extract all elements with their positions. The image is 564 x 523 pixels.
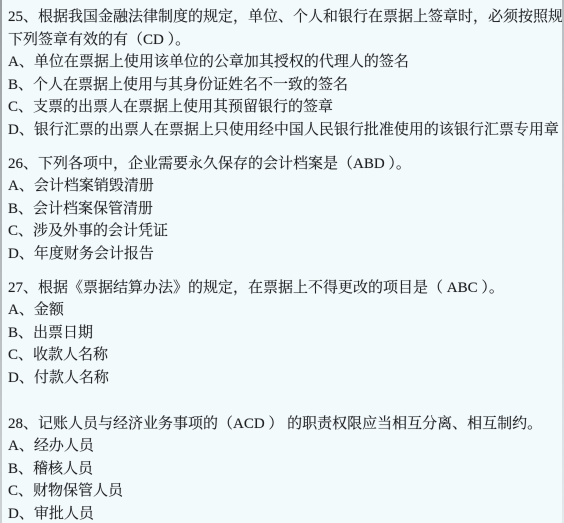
q28-option-d: D、审批人员 bbox=[8, 503, 564, 523]
q25-option-b: B、个人在票据上使用与其身份证姓名不一致的签名 bbox=[8, 74, 564, 97]
q26-stem-line-1: 26、下列各项中，企业需要永久保存的会计档案是（ABD ）。 bbox=[8, 153, 564, 176]
question-25: 25、根据我国金融法律制度的规定，单位、个人和银行在票据上签章时，必须按照规定进… bbox=[8, 6, 564, 142]
q28-option-a: A、经办人员 bbox=[8, 435, 564, 458]
q26-option-c: C、涉及外事的会计凭证 bbox=[8, 220, 564, 243]
q25-stem-line-1: 25、根据我国金融法律制度的规定，单位、个人和银行在票据上签章时，必须按照规定进… bbox=[8, 6, 564, 29]
q28-stem-line-1: 28、记账人员与经济业务事项的（ACD ） 的职责权限应当相互分离、相互制约。 bbox=[8, 413, 564, 436]
question-27: 27、根据《票据结算办法》的规定，在票据上不得更改的项目是（ ABC ）。 A、… bbox=[8, 277, 564, 390]
q25-option-a: A、单位在票据上使用该单位的公章加其授权的代理人的签名 bbox=[8, 51, 564, 74]
scan-edge-left bbox=[0, 0, 2, 523]
exam-document-page: 25、根据我国金融法律制度的规定，单位、个人和银行在票据上签章时，必须按照规定进… bbox=[0, 0, 564, 523]
q27-option-d: D、付款人名称 bbox=[8, 367, 564, 390]
q28-option-c: C、财物保管人员 bbox=[8, 480, 564, 503]
q28-option-b: B、稽核人员 bbox=[8, 458, 564, 481]
question-26: 26、下列各项中，企业需要永久保存的会计档案是（ABD ）。 A、会计档案销毁清… bbox=[8, 153, 564, 266]
q25-option-c: C、支票的出票人在票据上使用其预留银行的签章 bbox=[8, 96, 564, 119]
q27-stem-line-1: 27、根据《票据结算办法》的规定，在票据上不得更改的项目是（ ABC ）。 bbox=[8, 277, 564, 300]
q25-stem-line-2: 下列签章有效的有（CD ）。 bbox=[8, 29, 564, 52]
q26-option-d: D、年度财务会计报告 bbox=[8, 243, 564, 266]
question-28: 28、记账人员与经济业务事项的（ACD ） 的职责权限应当相互分离、相互制约。 … bbox=[8, 413, 564, 523]
q27-option-c: C、收款人名称 bbox=[8, 344, 564, 367]
q26-option-a: A、会计档案销毁清册 bbox=[8, 175, 564, 198]
q27-option-a: A、金额 bbox=[8, 299, 564, 322]
q27-option-b: B、出票日期 bbox=[8, 322, 564, 345]
q26-option-b: B、会计档案保管清册 bbox=[8, 198, 564, 221]
q25-option-d: D、银行汇票的出票人在票据上只使用经中国人民银行批准使用的该银行汇票专用章 bbox=[8, 119, 564, 142]
